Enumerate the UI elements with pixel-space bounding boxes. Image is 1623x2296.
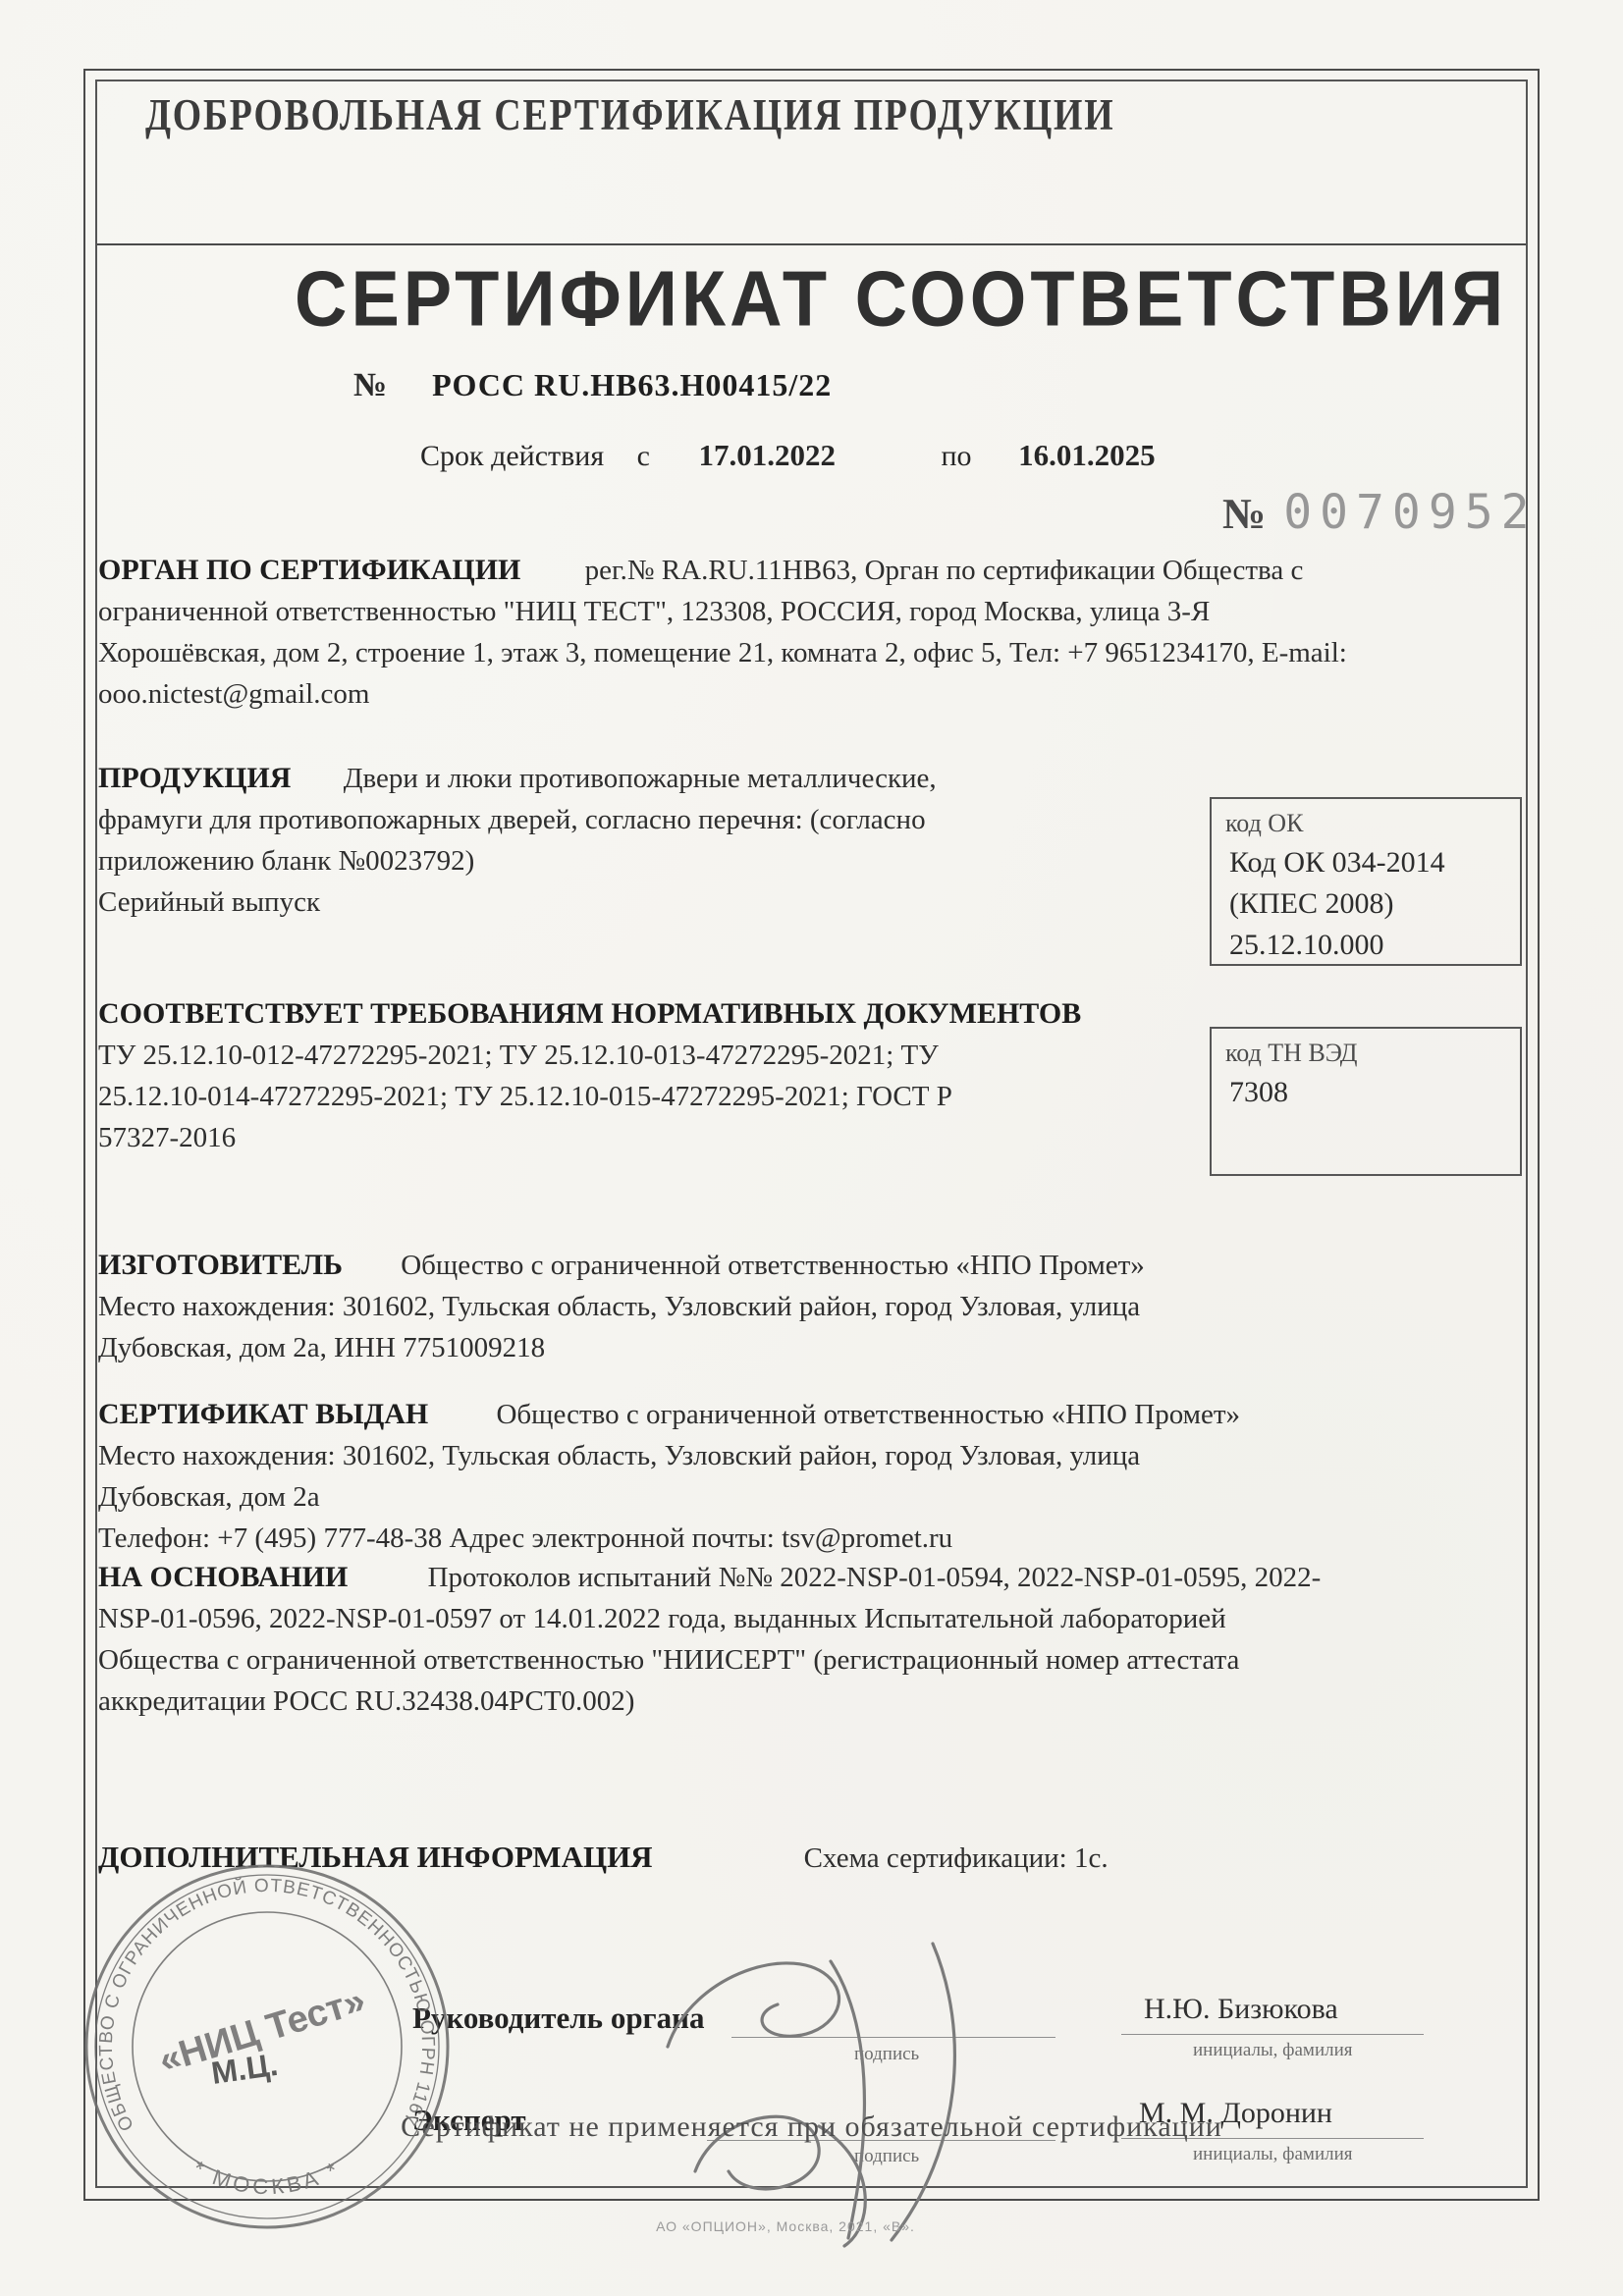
validity-label: Срок действия xyxy=(420,440,604,472)
ok-code-line: Код ОК 034-2014 xyxy=(1229,842,1520,883)
cert-number-label: № xyxy=(353,367,387,403)
validity-to-date: 16.01.2025 xyxy=(1018,438,1156,472)
ok-code-line: (КПЕС 2008) xyxy=(1229,883,1520,925)
expert-name-caption: инициалы, фамилия xyxy=(1193,2144,1353,2165)
section-line: ТУ 25.12.10-012-47272295-2021; ТУ 25.12.… xyxy=(98,1035,1081,1076)
header-band-title: ДОБРОВОЛЬНАЯ СЕРТИФИКАЦИЯ ПРОДУКЦИИ xyxy=(145,90,1114,141)
section-line: Телефон: +7 (495) 777-48-38 Адрес электр… xyxy=(98,1518,1240,1559)
cert-number-value: РОСС RU.НВ63.Н00415/22 xyxy=(432,367,832,402)
serial-value: 0070952 xyxy=(1283,485,1537,540)
compliance-heading: СООТВЕТСТВУЕТ ТРЕБОВАНИЯМ НОРМАТИВНЫХ ДО… xyxy=(98,997,1081,1030)
section-line: 57327-2016 xyxy=(98,1117,1081,1158)
certification-body-heading: ОРГАН ПО СЕРТИФИКАЦИИ xyxy=(98,554,520,586)
section-line: ограниченной ответственностью "НИЦ ТЕСТ"… xyxy=(98,591,1347,632)
section-line: Дубовская, дом 2а xyxy=(98,1476,1240,1518)
validity-to-word: по xyxy=(942,440,972,472)
section-line: НА ОСНОВАНИИ Протоколов испытаний №№ 202… xyxy=(98,1557,1321,1598)
manufacturer-heading: ИЗГОТОВИТЕЛЬ xyxy=(98,1249,343,1281)
section-product: ПРОДУКЦИЯ Двери и люки противопожарные м… xyxy=(98,758,937,923)
validity-from-date: 17.01.2022 xyxy=(699,438,837,472)
signature-stroke xyxy=(831,1961,864,2238)
section-line: NSP-01-0596, 2022-NSP-01-0597 от 14.01.2… xyxy=(98,1598,1321,1639)
ok-code-box: код ОК Код ОК 034-2014 (КПЕС 2008) 25.12… xyxy=(1210,797,1522,966)
signature-scribbles xyxy=(638,1914,1149,2248)
section-line: ИЗГОТОВИТЕЛЬ Общество с ограниченной отв… xyxy=(98,1245,1145,1286)
section-line: Дубовская, дом 2а, ИНН 7751009218 xyxy=(98,1327,1145,1368)
printer-note: АО «ОПЦИОН», Москва, 2021, «В». xyxy=(0,2218,1571,2234)
section-line: ПРОДУКЦИЯ Двери и люки противопожарные м… xyxy=(98,758,937,799)
section-line: Общества с ограниченной ответственностью… xyxy=(98,1639,1321,1681)
certificate-page: { "header": { "band_title": "ДОБРОВОЛЬНА… xyxy=(0,0,1623,2296)
header-separator-line xyxy=(97,243,1526,245)
section-line: приложению бланк №0023792) xyxy=(98,840,937,881)
section-line: Серийный выпуск xyxy=(98,881,937,923)
section-line: ooo.nictest@gmail.com xyxy=(98,673,1347,715)
validity-from-word: с xyxy=(637,440,650,472)
certificate-title: СЕРТИФИКАТ СООТВЕТСТВИЯ xyxy=(295,253,1507,344)
product-text: Двери и люки противопожарные металлическ… xyxy=(344,763,937,794)
head-name: Н.Ю. Бизюкова xyxy=(1144,1993,1338,2026)
section-certification-body: ОРГАН ПО СЕРТИФИКАЦИИ рег.№ RA.RU.11НВ63… xyxy=(98,550,1347,715)
basis-heading: НА ОСНОВАНИИ xyxy=(98,1561,348,1593)
stamp-ring-text: ОБЩЕСТВО С ОГРАНИЧЕННОЙ ОТВЕТСТВЕННОСТЬЮ… xyxy=(81,1860,438,2134)
section-line: аккредитации РОСС RU.32438.04РСТ0.002) xyxy=(98,1681,1321,1722)
section-line: Хорошёвская, дом 2, строение 1, этаж 3, … xyxy=(98,632,1347,673)
section-issued-to: СЕРТИФИКАТ ВЫДАН Общество с ограниченной… xyxy=(98,1394,1240,1559)
tnved-value: 7308 xyxy=(1229,1072,1520,1113)
basis-text: Протоколов испытаний №№ 2022-NSP-01-0594… xyxy=(428,1562,1322,1593)
product-heading: ПРОДУКЦИЯ xyxy=(98,762,291,794)
section-line: СЕРТИФИКАТ ВЫДАН Общество с ограниченной… xyxy=(98,1394,1240,1435)
tnved-code-box: код ТН ВЭД 7308 xyxy=(1210,1027,1522,1176)
section-line: Место нахождения: 301602, Тульская облас… xyxy=(98,1435,1240,1476)
section-basis: НА ОСНОВАНИИ Протоколов испытаний №№ 202… xyxy=(98,1557,1321,1722)
section-line: 25.12.10-014-47272295-2021; ТУ 25.12.10-… xyxy=(98,1076,1081,1117)
issued-to-heading: СЕРТИФИКАТ ВЫДАН xyxy=(98,1398,428,1430)
additional-info-value: Схема сертификации: 1с. xyxy=(804,1842,1109,1874)
section-line: Место нахождения: 301602, Тульская облас… xyxy=(98,1286,1145,1327)
section-manufacturer: ИЗГОТОВИТЕЛЬ Общество с ограниченной отв… xyxy=(98,1245,1145,1368)
manufacturer-text: Общество с ограниченной ответственностью… xyxy=(401,1250,1145,1281)
round-stamp: ОБЩЕСТВО С ОГРАНИЧЕННОЙ ОТВЕТСТВЕННОСТЬЮ… xyxy=(81,1860,454,2233)
serial-label: № xyxy=(1222,490,1266,538)
section-line: СООТВЕТСТВУЕТ ТРЕБОВАНИЯМ НОРМАТИВНЫХ ДО… xyxy=(98,993,1081,1035)
issued-to-text: Общество с ограниченной ответственностью… xyxy=(496,1399,1240,1430)
signature-stroke xyxy=(668,1963,839,2047)
tnved-label: код ТН ВЭД xyxy=(1225,1039,1520,1068)
section-compliance: СООТВЕТСТВУЕТ ТРЕБОВАНИЯМ НОРМАТИВНЫХ ДО… xyxy=(98,993,1081,1158)
section-line: фрамуги для противопожарных дверей, согл… xyxy=(98,799,937,840)
certification-body-text: рег.№ RA.RU.11НВ63, Орган по сертификаци… xyxy=(585,555,1304,586)
ok-code-label: код ОК xyxy=(1225,809,1520,838)
blank-serial-row: № 0070952 xyxy=(1222,485,1538,540)
section-line: ОРГАН ПО СЕРТИФИКАЦИИ рег.№ RA.RU.11НВ63… xyxy=(98,550,1347,591)
cert-number-row: № РОСС RU.НВ63.Н00415/22 xyxy=(353,367,832,404)
validity-row: Срок действия с 17.01.2022 по 16.01.2025 xyxy=(420,438,1156,473)
signature-stroke xyxy=(892,1944,954,2240)
head-name-line xyxy=(1121,2034,1424,2035)
ok-code-line: 25.12.10.000 xyxy=(1229,925,1520,966)
head-name-caption: инициалы, фамилия xyxy=(1193,2040,1353,2061)
stamp-bottom-text: * МОСКВА * xyxy=(189,2156,346,2199)
